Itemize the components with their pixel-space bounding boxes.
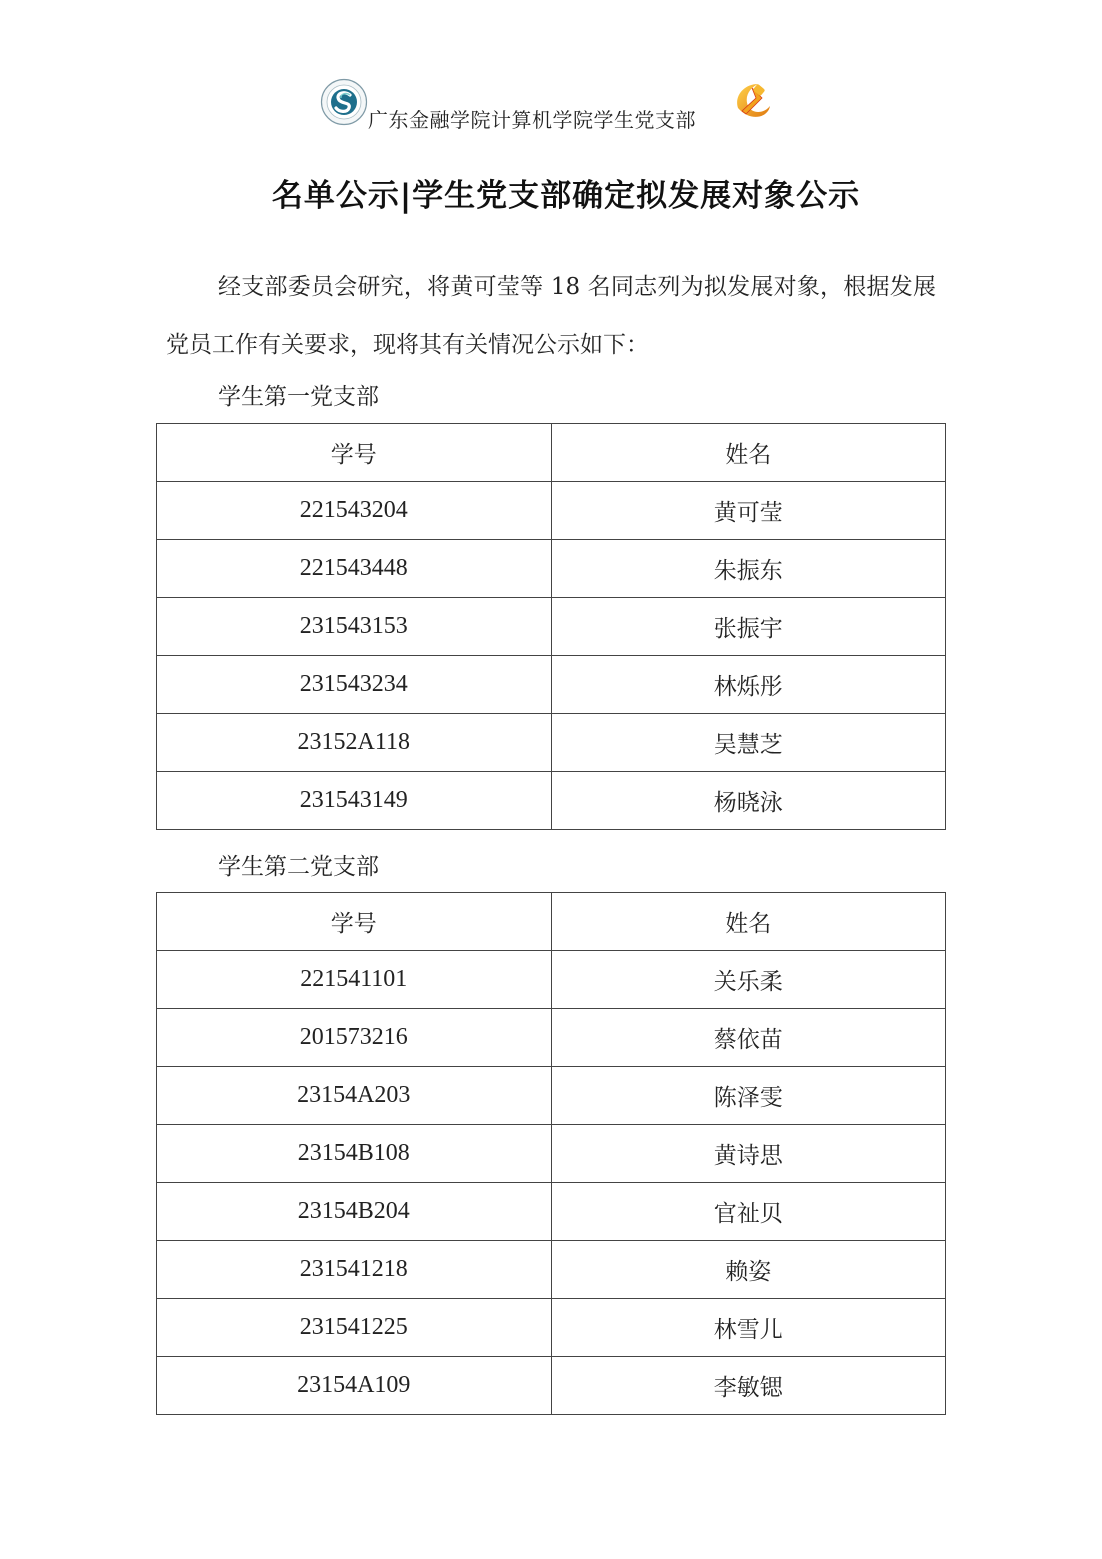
student-id: 221543448 xyxy=(157,540,552,598)
student-name: 蔡依苗 xyxy=(551,1009,946,1067)
student-name: 杨晓泳 xyxy=(551,772,946,830)
table-row: 221541101 关乐柔 xyxy=(157,951,946,1009)
student-id: 201573216 xyxy=(157,1009,552,1067)
college-logo-icon xyxy=(320,78,368,126)
student-id: 23152A118 xyxy=(157,714,552,772)
table-row: 231543153 张振宇 xyxy=(157,598,946,656)
document-header: 广东金融学院计算机学院学生党支部 xyxy=(318,76,788,132)
student-name: 张振宇 xyxy=(551,598,946,656)
table-row: 231543234 林烁彤 xyxy=(157,656,946,714)
table-row: 23154A109 李敏锶 xyxy=(157,1357,946,1415)
table-header-row: 学号 姓名 xyxy=(157,424,946,482)
student-name: 李敏锶 xyxy=(551,1357,946,1415)
page-title: 名单公示|学生党支部确定拟发展对象公示 xyxy=(0,170,1102,215)
student-id: 231543149 xyxy=(157,772,552,830)
roster-table-branch-2: 学号 姓名 221541101 关乐柔 201573216 蔡依苗 23154A… xyxy=(156,892,946,1415)
student-name: 关乐柔 xyxy=(551,951,946,1009)
table-row: 23154B204 官祉贝 xyxy=(157,1183,946,1241)
table-row: 221543204 黄可莹 xyxy=(157,482,946,540)
column-header-id: 学号 xyxy=(157,424,552,482)
student-name: 黄可莹 xyxy=(551,482,946,540)
student-id: 231541225 xyxy=(157,1299,552,1357)
table-row: 231541218 赖姿 xyxy=(157,1241,946,1299)
student-name: 陈泽雯 xyxy=(551,1067,946,1125)
student-name: 林烁彤 xyxy=(551,656,946,714)
table-row: 231541225 林雪儿 xyxy=(157,1299,946,1357)
table-row: 23152A118 吴慧芝 xyxy=(157,714,946,772)
student-id: 23154A203 xyxy=(157,1067,552,1125)
student-id: 23154B204 xyxy=(157,1183,552,1241)
column-header-name: 姓名 xyxy=(551,424,946,482)
table-row: 23154B108 黄诗思 xyxy=(157,1125,946,1183)
student-id: 23154B108 xyxy=(157,1125,552,1183)
table-row: 201573216 蔡依苗 xyxy=(157,1009,946,1067)
table-row: 23154A203 陈泽雯 xyxy=(157,1067,946,1125)
section-label-branch-2: 学生第二党支部 xyxy=(218,848,379,881)
section-label-branch-1: 学生第一党支部 xyxy=(218,378,379,411)
table-header-row: 学号 姓名 xyxy=(157,893,946,951)
student-name: 林雪儿 xyxy=(551,1299,946,1357)
student-id: 221541101 xyxy=(157,951,552,1009)
party-emblem-icon xyxy=(728,78,778,124)
intro-paragraph: 经支部委员会研究，将黄可莹等 18 名同志列为拟发展对象，根据发展党员工作有关要… xyxy=(166,258,936,374)
column-header-id: 学号 xyxy=(157,893,552,951)
student-name: 吴慧芝 xyxy=(551,714,946,772)
student-name: 官祉贝 xyxy=(551,1183,946,1241)
student-name: 黄诗思 xyxy=(551,1125,946,1183)
student-id: 221543204 xyxy=(157,482,552,540)
student-name: 朱振东 xyxy=(551,540,946,598)
column-header-name: 姓名 xyxy=(551,893,946,951)
table-row: 221543448 朱振东 xyxy=(157,540,946,598)
roster-table-branch-1: 学号 姓名 221543204 黄可莹 221543448 朱振东 231543… xyxy=(156,423,946,830)
student-id: 231541218 xyxy=(157,1241,552,1299)
student-name: 赖姿 xyxy=(551,1241,946,1299)
student-id: 23154A109 xyxy=(157,1357,552,1415)
student-id: 231543234 xyxy=(157,656,552,714)
table-row: 231543149 杨晓泳 xyxy=(157,772,946,830)
student-id: 231543153 xyxy=(157,598,552,656)
org-name: 广东金融学院计算机学院学生党支部 xyxy=(368,104,696,133)
